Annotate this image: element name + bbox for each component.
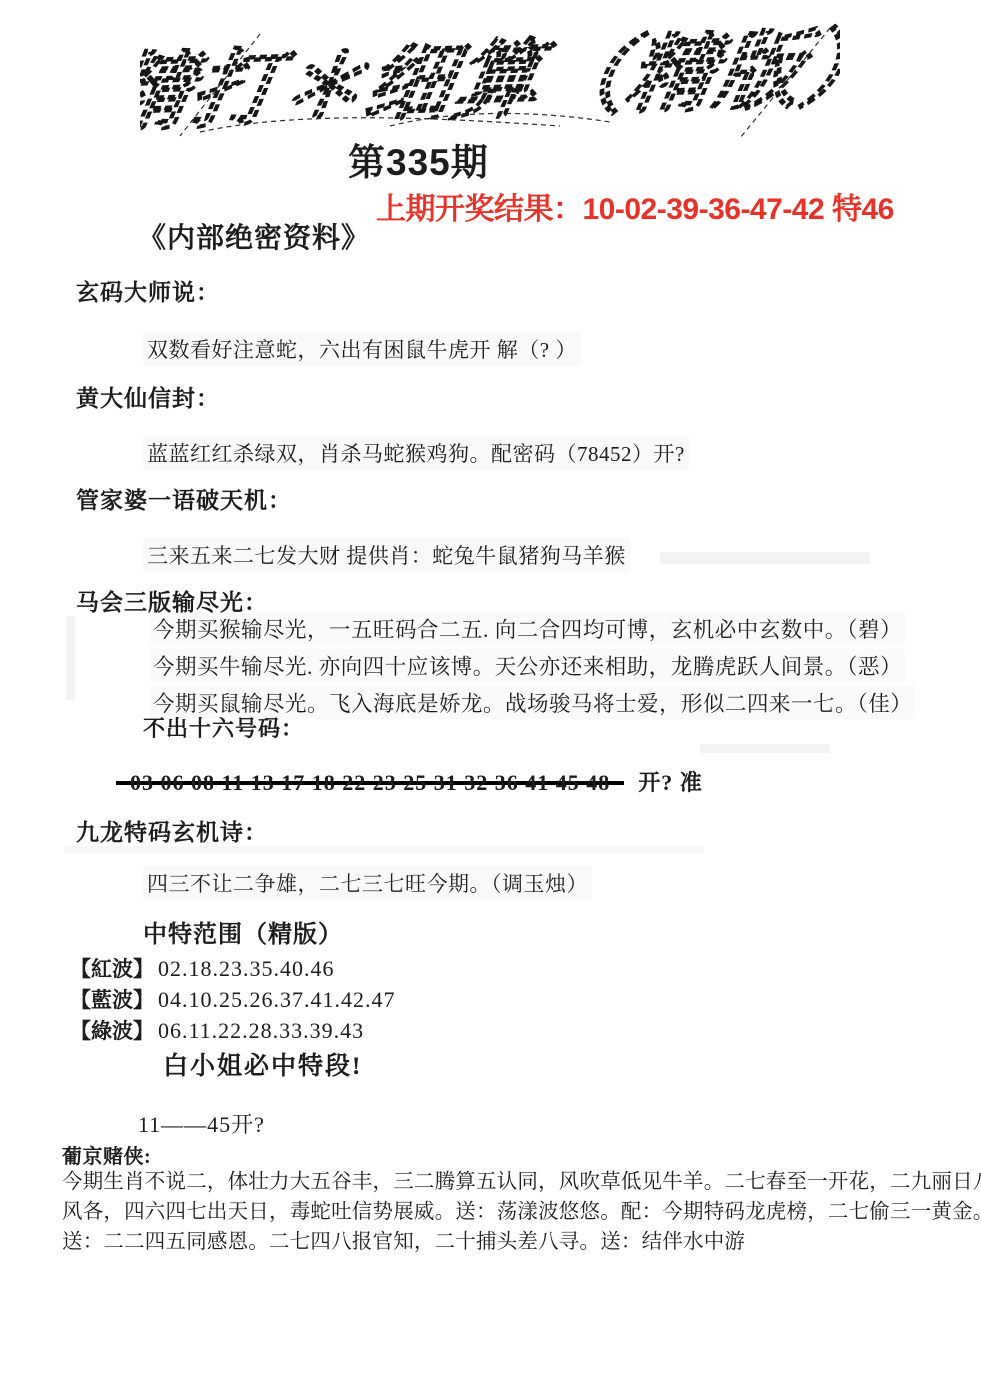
section-heading-xuanma: 玄码大师说：	[76, 274, 220, 307]
scan-artifact	[660, 552, 870, 564]
huangdaxian-verse: 蓝蓝红红杀绿双，肖杀马蛇猴鸡狗。配密码（78452）开?	[143, 436, 689, 470]
masthead-art: 精打＊细算（精版）	[140, 14, 840, 142]
scan-artifact	[700, 744, 830, 753]
wave-row-green: 【綠波】 06.11.22.28.33.39.43	[70, 1015, 364, 1045]
pujing-line: 风各，四六四七出天日，毒蛇吐信势展威。送：荡漾波悠悠。配：今期特码龙虎榜，二七偷…	[62, 1194, 981, 1224]
section-heading-jiulong: 九龙特码玄机诗：	[76, 814, 268, 847]
doc-title: 《内部绝密资料》	[138, 216, 370, 256]
baixiaojie-line: 白小姐必中特段!	[163, 1046, 362, 1082]
wave-label-blue: 【藍波】	[70, 988, 154, 1012]
wave-numbers-red: 02.18.23.35.40.46	[158, 956, 335, 981]
tip-sheet-page: 精打＊细算（精版） 第335期 上期开奖结果：10-02-39-36-47-42…	[0, 0, 981, 1388]
pujing-line: 今期生肖不说二，体壮力大五谷丰，三二腾算五认同，风吹草低见牛羊。二七春至一开花，…	[62, 1164, 981, 1194]
section-heading-guanjiapo: 管家婆一语破天机：	[76, 482, 292, 515]
zhongte-heading: 中特范围（精版）	[143, 914, 343, 949]
wave-numbers-blue: 04.10.25.26.37.41.42.47	[158, 987, 396, 1012]
scan-artifact	[64, 846, 704, 853]
wave-row-blue: 【藍波】 04.10.25.26.37.41.42.47	[70, 984, 396, 1014]
excluded-numbers-row: 03 06 08 11 13 17 18 22 23 25 31 32 36 4…	[116, 766, 703, 797]
masthead-title-text: 精打＊细算（精版）	[140, 20, 840, 142]
xuanma-verse: 双数看好注意蛇，六出有困鼠牛虎开 解（? ）	[143, 332, 581, 366]
wave-label-green: 【綠波】	[70, 1019, 154, 1043]
mahui-line: 今期买牛输尽光. 亦向四十应该博。天公亦还来相助，龙腾虎跃人间景。（恶）	[150, 649, 905, 682]
scan-artifact	[66, 616, 75, 700]
sixteen-heading: 不出十六号码：	[143, 712, 304, 743]
last-draw-result: 上期开奖结果：10-02-39-36-47-42 特46	[376, 184, 894, 228]
guanjiapo-verse: 三来五来二七发大财 提供肖：蛇兔牛鼠猪狗马羊猴	[143, 538, 630, 572]
pujing-line: 送：二二四五同感恩。二七四八报官知，二十捕头差八寻。送：结伴水中游	[62, 1224, 745, 1254]
jiulong-verse: 四三不让二争雄，二七三七旺今期。（调玉烛）	[143, 866, 592, 900]
mahui-line: 今期买猴输尽光，一五旺码合二五. 向二合四均可博，玄机必中玄数中。（碧）	[150, 612, 905, 645]
issue-number: 第335期	[348, 132, 489, 186]
wave-numbers-green: 06.11.22.28.33.39.43	[158, 1018, 364, 1043]
wave-label-red: 【紅波】	[70, 957, 154, 981]
section-heading-huangdaxian: 黄大仙信封：	[76, 380, 220, 413]
excluded-numbers-suffix: 开? 准	[638, 770, 703, 795]
special-range-line: 11——45开?	[138, 1108, 265, 1139]
wave-row-red: 【紅波】 02.18.23.35.40.46	[70, 953, 335, 983]
excluded-numbers-struck: 03 06 08 11 13 17 18 22 23 25 31 32 36 4…	[116, 770, 624, 796]
